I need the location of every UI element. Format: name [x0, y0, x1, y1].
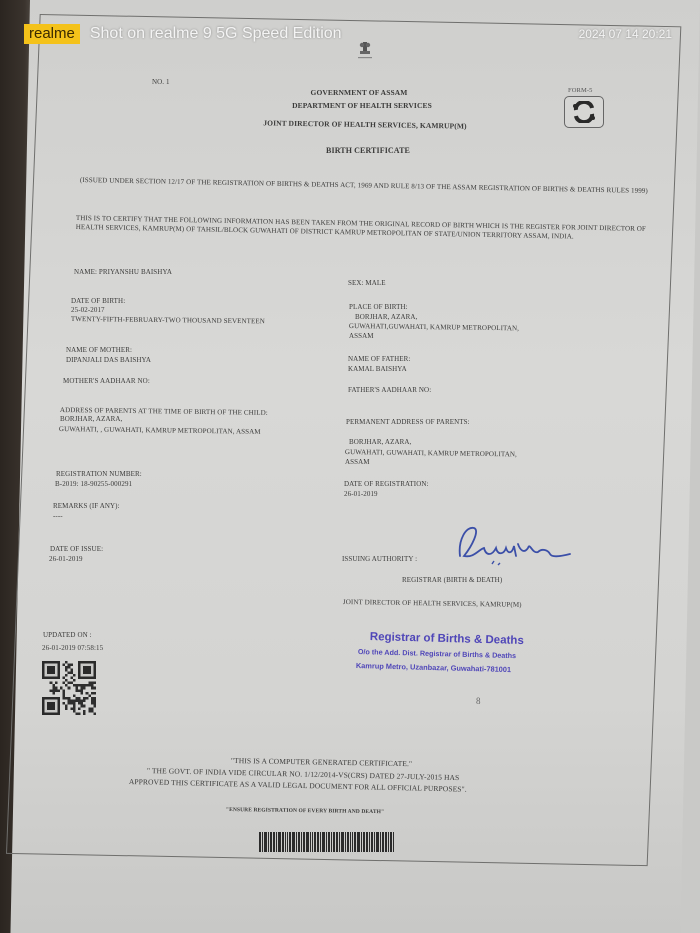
barcode — [259, 832, 445, 852]
sex: SEX: MALE — [348, 279, 386, 288]
permanent-address-line3: ASSAM — [345, 458, 370, 467]
permanent-address-line1: BORJHAR, AZARA, — [349, 438, 411, 447]
serial-number: NO. 1 — [152, 78, 170, 87]
updated-on-value: 26-01-2019 07:58:15 — [42, 644, 103, 653]
birth-address-line1: BORJHAR, AZARA, — [60, 415, 122, 424]
issue-date-label: DATE OF ISSUE: — [50, 545, 103, 554]
place-of-birth-label: PLACE OF BIRTH: — [349, 303, 408, 312]
father-aadhaar-label: FATHER'S AADHAAR NO: — [348, 386, 431, 395]
national-emblem-icon — [358, 40, 372, 60]
place-of-birth-line3: ASSAM — [349, 332, 374, 341]
permanent-address-label: PERMANENT ADDRESS OF PARENTS: — [346, 418, 470, 427]
registration-date-label: DATE OF REGISTRATION: — [344, 480, 429, 489]
registration-number-label: REGISTRATION NUMBER: — [56, 470, 142, 479]
camera-watermark: realme Shot on realme 9 5G Speed Edition — [24, 24, 342, 44]
registrar-title: REGISTRAR (BIRTH & DEATH) — [402, 576, 502, 585]
mother-aadhaar-label: MOTHER'S AADHAAR NO: — [63, 377, 150, 386]
form-logo-icon — [564, 96, 604, 128]
father-name-value: KAMAL BAISHYA — [348, 365, 407, 374]
page-mark: 8 — [476, 697, 481, 706]
header-department: DEPARTMENT OF HEALTH SERVICES — [102, 101, 622, 110]
signature — [452, 520, 582, 570]
issue-date-value: 26-01-2019 — [49, 555, 83, 564]
child-name: NAME: PRIYANSHU BAISHYA — [74, 268, 172, 277]
place-of-birth-line1: BORJHAR, AZARA, — [355, 313, 417, 322]
registration-number-value: B-2019: 18-90255-000291 — [55, 480, 132, 489]
dob-value: 25-02-2017 — [71, 306, 105, 315]
remarks-label: REMARKS (IF ANY): — [53, 502, 120, 511]
qr-code — [42, 661, 96, 715]
certificate-title: BIRTH CERTIFICATE — [108, 146, 628, 155]
form-label: FORM-5 — [568, 86, 592, 95]
mother-name-value: DIPANJALI DAS BAISHYA — [66, 356, 151, 365]
issuing-authority-label: ISSUING AUTHORITY : — [342, 555, 417, 564]
watermark-caption: Shot on realme 9 5G Speed Edition — [90, 25, 342, 43]
header-government: GOVERNMENT OF ASSAM — [99, 88, 619, 97]
father-name-label: NAME OF FATHER: — [348, 355, 410, 364]
mother-name-label: NAME OF MOTHER: — [66, 346, 132, 355]
brand-badge: realme — [24, 24, 80, 44]
dob-label: DATE OF BIRTH: — [71, 297, 125, 306]
updated-on-label: UPDATED ON : — [43, 631, 92, 640]
registration-date-value: 26-01-2019 — [344, 490, 378, 499]
watermark-timestamp: 2024 07 14 20:21 — [579, 27, 672, 41]
remarks-value: ---- — [53, 512, 63, 521]
certificate-border — [6, 14, 681, 866]
